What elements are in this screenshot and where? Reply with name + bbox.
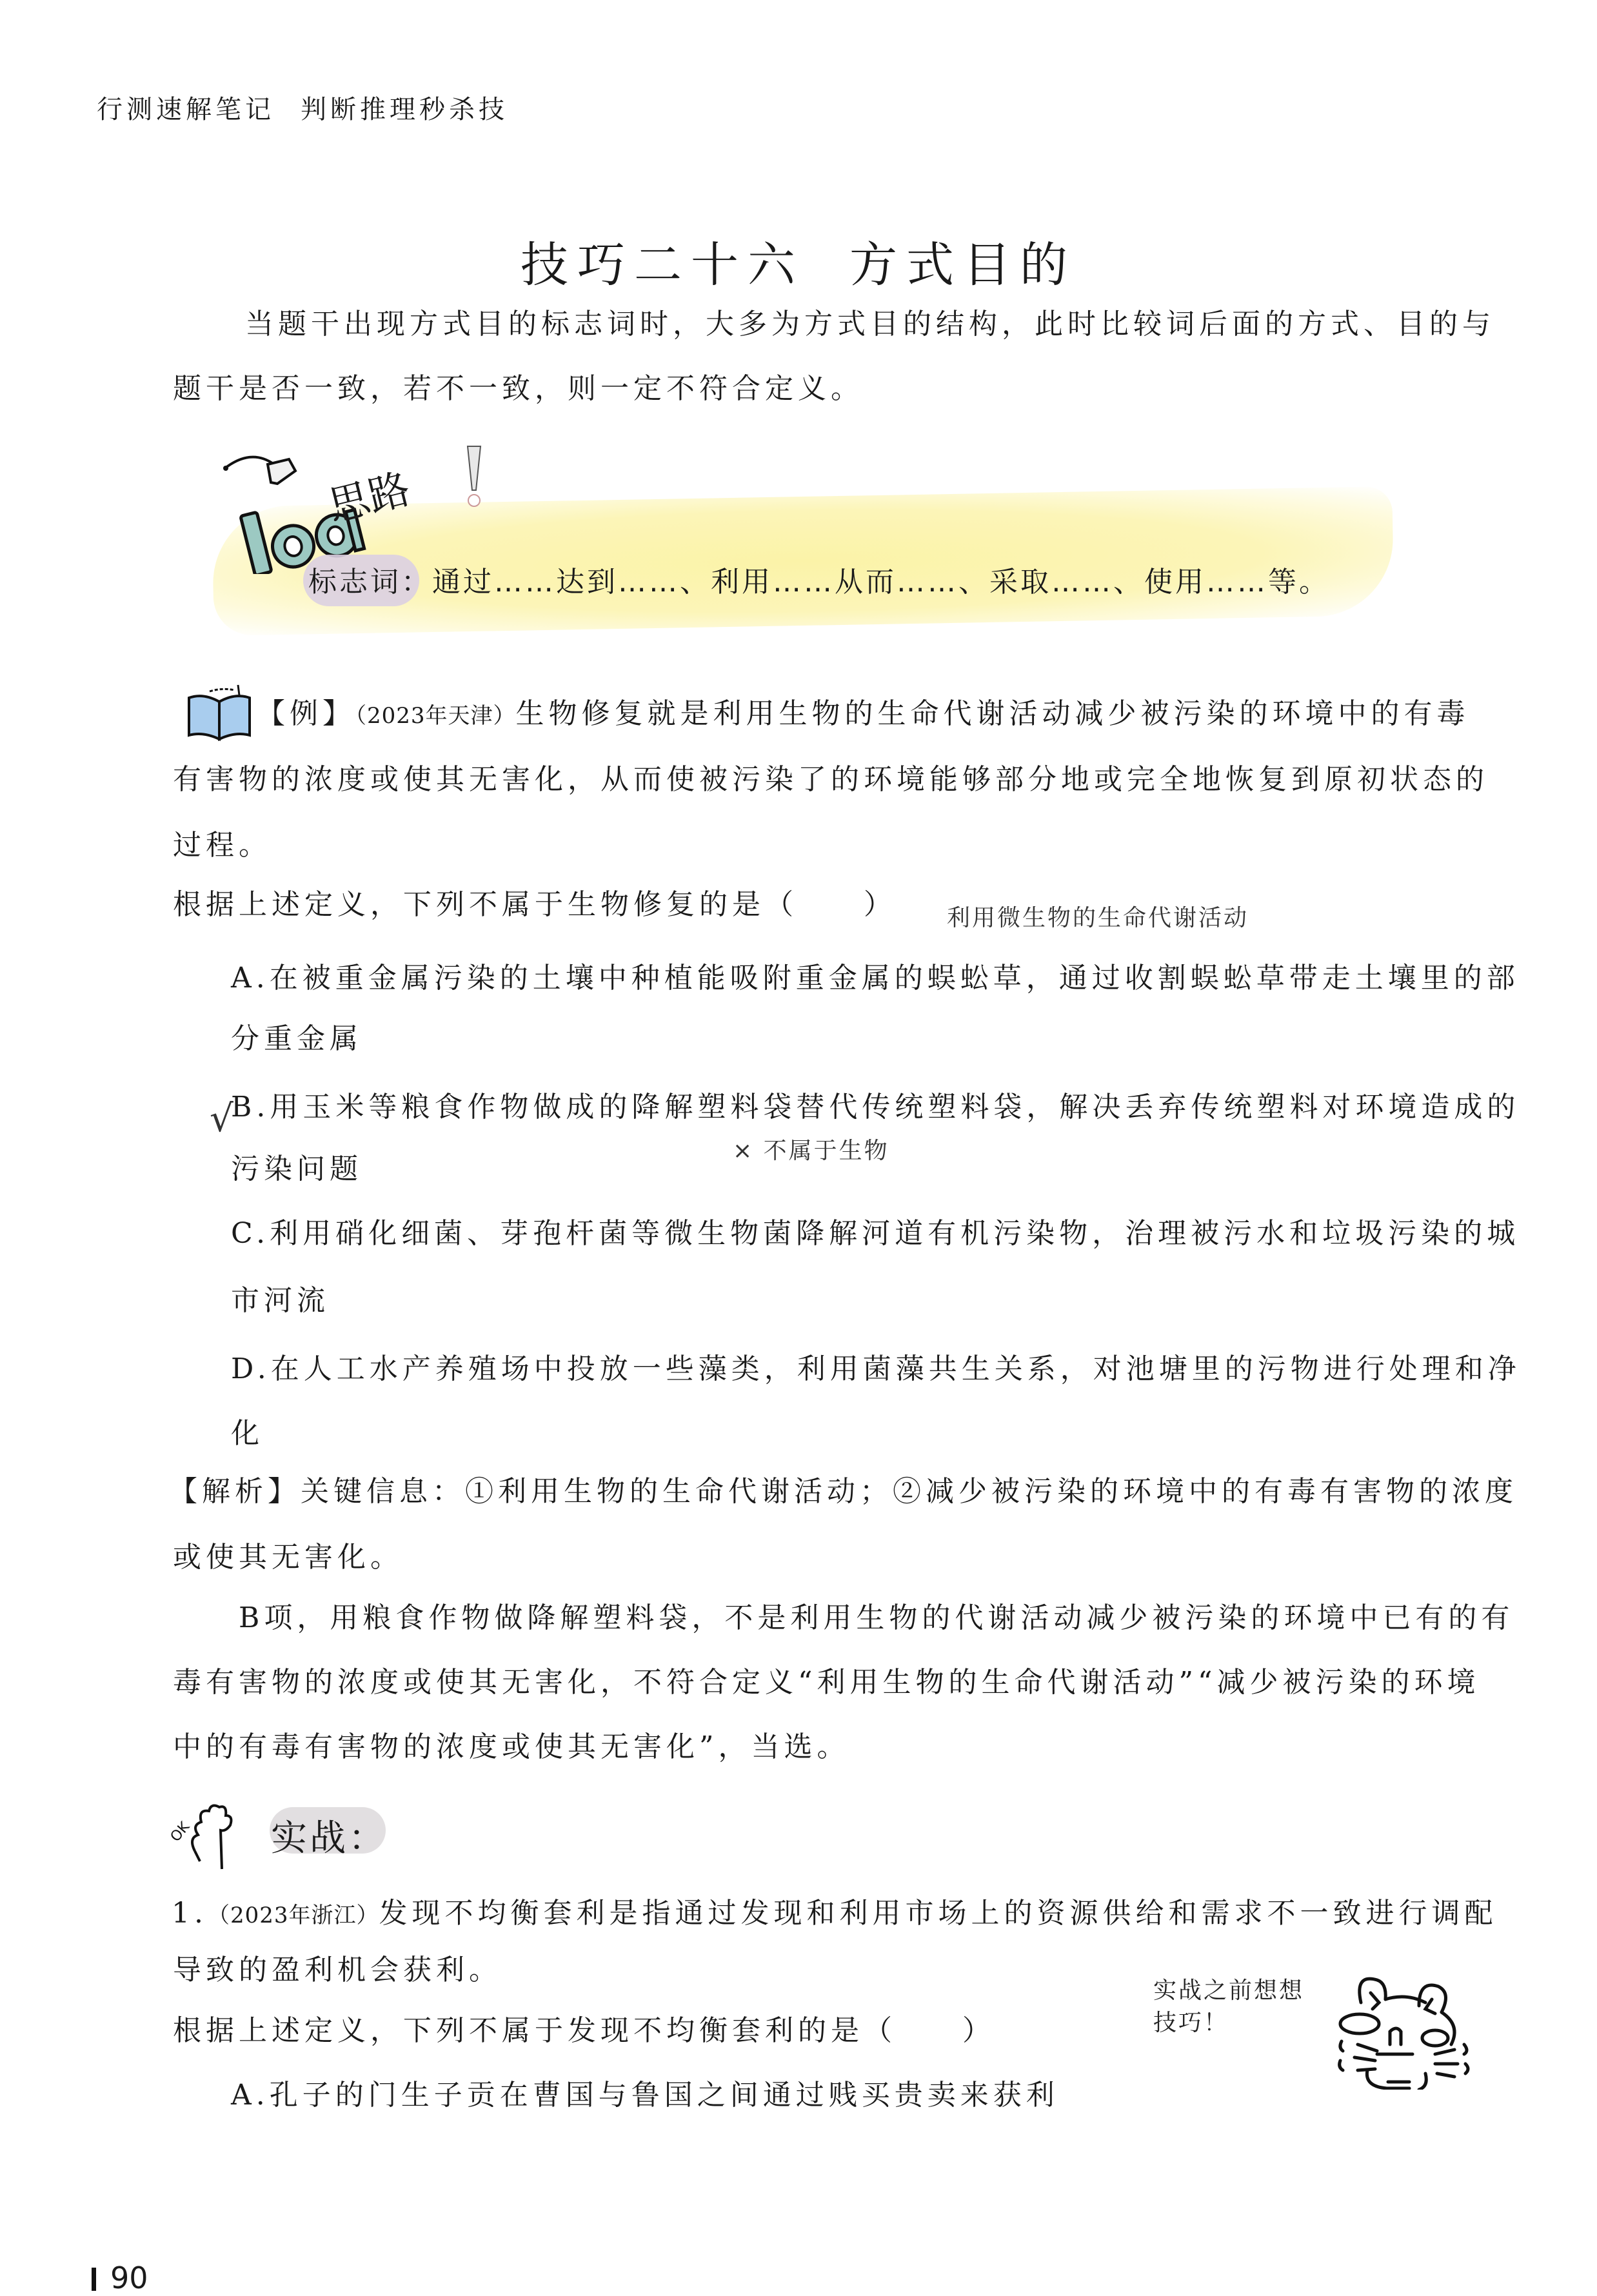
example-line-1: 【例】（2023年天津）生物修复就是利用生物的生命代谢活动减少被污染的环境中的有…	[257, 690, 1470, 731]
example-source: （2023年天津）	[355, 703, 516, 729]
page-title: 技巧二十六方式目的	[0, 227, 1597, 295]
analysis-line-1: 【解析】关键信息：①利用生物的生命代谢活动；②减少被污染的环境中的有毒有害物的浓…	[169, 1468, 1518, 1509]
option-a-label: A.	[231, 962, 270, 995]
analysis-detail-3: 中的有毒有害物的浓度或使其无害化”，当选。	[173, 1723, 850, 1765]
handwritten-note: 利用微生物的生命代谢活动	[947, 900, 1249, 933]
check-mark-icon: √	[210, 1096, 233, 1140]
section-title: 判断推理秒杀技	[301, 95, 508, 124]
example-question: 根据上述定义，下列不属于生物修复的是（ ）	[173, 881, 897, 922]
option-d-label: D.	[231, 1352, 271, 1385]
exclamation-icon	[464, 445, 484, 510]
example-line-3: 过程。	[173, 822, 272, 863]
ok-hand-icon: OK	[169, 1799, 259, 1870]
keyword-list: 通过……达到……、利用……从而……、采取……、使用……等。	[432, 566, 1330, 599]
side-note-line-1: 实战之前想想	[1153, 1972, 1304, 2005]
option-b-line-2: 污染问题	[231, 1145, 362, 1187]
svg-text:OK: OK	[169, 1819, 193, 1845]
title-part2: 方式目的	[849, 237, 1076, 293]
option-a-line-1: A.在被重金属污染的土壤中种植能吸附重金属的蜈蚣草，通过收割蜈蚣草带走土壤里的部	[231, 955, 1520, 996]
page-number-bar	[92, 2268, 96, 2291]
book-icon	[184, 684, 255, 742]
analysis-tag: 【解析】	[169, 1475, 301, 1508]
practice-line-2: 导致的盈利机会获利。	[173, 1946, 502, 1988]
page-number: 90	[92, 2261, 148, 2295]
analysis-detail-2: 毒有害物的浓度或使其无害化，不符合定义“利用生物的生命代谢活动”“减少被污染的环…	[173, 1659, 1480, 1700]
option-b-note: × 不属于生物	[733, 1133, 889, 1165]
option-c-line-1: C.利用硝化细菌、芽孢杆菌等微生物菌降解河道有机污染物，治理被污水和垃圾污染的城	[231, 1210, 1520, 1251]
example-definition-1: 生物修复就是利用生物的生命代谢活动减少被污染的环境中的有毒	[516, 697, 1470, 730]
option-c-label: C.	[231, 1217, 270, 1250]
practice-line-1: 1.（2023年浙江）发现不均衡套利是指通过发现和利用市场上的资源供给和需求不一…	[172, 1890, 1498, 1931]
analysis-line-2: 或使其无害化。	[173, 1534, 403, 1575]
book-title: 行测速解笔记	[97, 95, 275, 124]
option-d-line-1: D.在人工水产养殖场中投放一些藻类，利用菌藻共生关系，对池塘里的污物进行处理和净	[231, 1345, 1521, 1387]
practice-question: 根据上述定义，下列不属于发现不均衡套利的是（ ）	[173, 2007, 995, 2048]
practice-number: 1.	[172, 1897, 208, 1930]
option-b-line-1: B.用玉米等粮食作物做成的降解塑料袋替代传统塑料袋，解决丢弃传统塑料对环境造成的	[231, 1084, 1520, 1125]
practice-heading: 实战：	[271, 1810, 387, 1861]
option-b-label: B.	[231, 1091, 270, 1123]
practice-option-a-label: A.	[231, 2079, 270, 2112]
keyword-label: 标志词：	[308, 566, 432, 599]
side-note-line-2: 技巧！	[1153, 2004, 1229, 2037]
intro-line-2: 题干是否一致，若不一致，则一定不符合定义。	[173, 365, 864, 406]
running-header: 行测速解笔记判断推理秒杀技	[97, 89, 508, 126]
keyword-line: 标志词：通过……达到……、利用……从而……、采取……、使用……等。	[308, 559, 1330, 600]
analysis-detail-1: B项，用粮食作物做降解塑料袋，不是利用生物的代谢活动减少被污染的环境中已有的有	[239, 1594, 1514, 1636]
example-line-2: 有害物的浓度或使其无害化，从而使被污染了的环境能够部分地或完全地恢复到原初状态的	[173, 756, 1489, 797]
option-c-line-2: 市河流	[231, 1277, 330, 1318]
option-d-line-2: 化	[231, 1410, 264, 1451]
intro-line-1: 当题干出现方式目的标志词时，大多为方式目的结构，此时比较词后面的方式、目的与	[245, 301, 1495, 342]
example-tag: 【例】	[257, 697, 355, 730]
cartoon-bear-mascot-icon	[1329, 1967, 1477, 2090]
practice-option-a: A.孔子的门生子贡在曹国与鲁国之间通过贱买贵卖来获利	[231, 2072, 1059, 2113]
title-part1: 技巧二十六	[521, 237, 804, 293]
option-a-line-2: 分重金属	[231, 1015, 362, 1056]
practice-source: （2023年浙江）	[208, 1903, 379, 1928]
